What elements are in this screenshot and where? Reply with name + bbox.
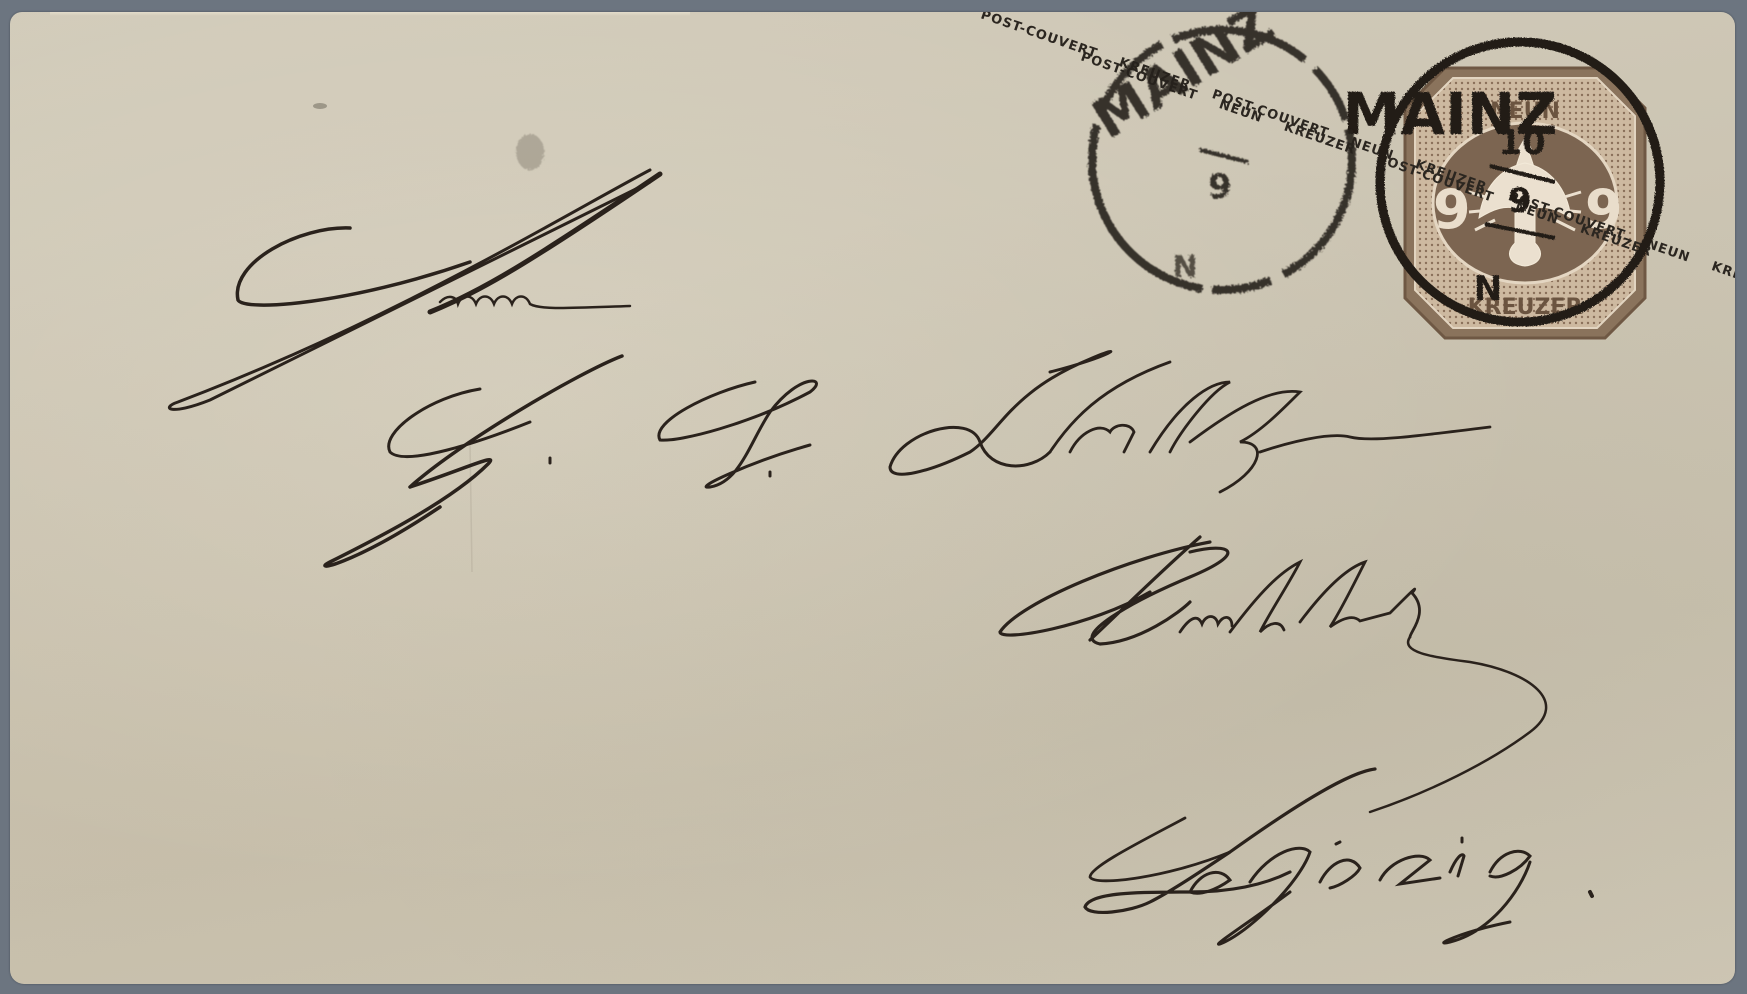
postmark-month: 9 xyxy=(1508,181,1532,221)
postmark-day: 10 xyxy=(1498,123,1545,163)
envelope: 9 9 NEUN KREUZER POST-COUVERT KREUZER PO… xyxy=(10,12,1735,984)
postmark-suffix: N xyxy=(1474,269,1502,309)
address-name xyxy=(325,351,1490,566)
svg-text:N: N xyxy=(1172,250,1197,285)
postmark-left: MAINZ 9 N xyxy=(1082,12,1352,290)
address-city xyxy=(1085,769,1592,944)
handwritten-address xyxy=(169,170,1592,944)
svg-text:9: 9 xyxy=(1208,167,1232,207)
address-occupation xyxy=(1000,537,1546,812)
envelope-artwork: 9 9 NEUN KREUZER POST-COUVERT KREUZER PO… xyxy=(10,12,1735,984)
paper-stains xyxy=(313,103,544,572)
